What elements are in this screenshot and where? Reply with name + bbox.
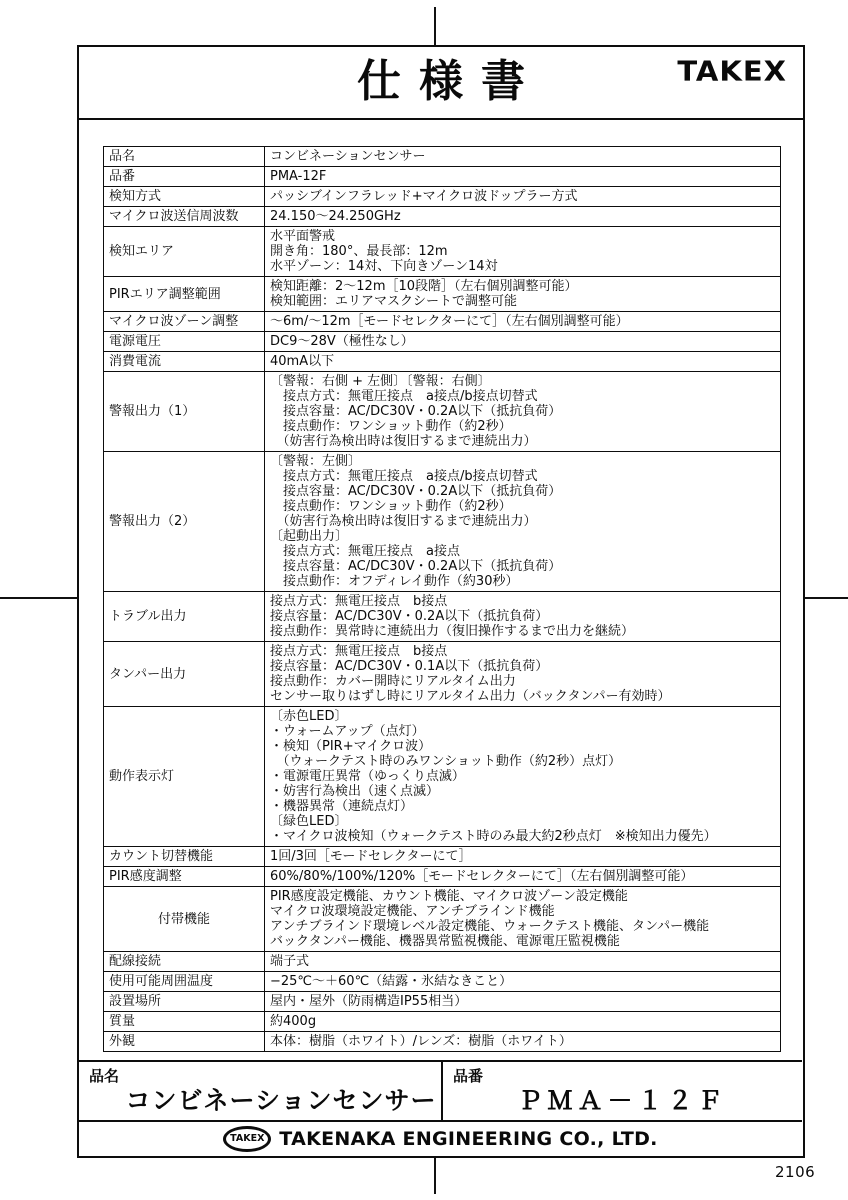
spec-value: 1回/3回［モードセレクターにて］: [265, 847, 781, 867]
spec-value: パッシブインフラレッド+マイクロ波ドップラー方式: [265, 187, 781, 207]
table-row: 質量約400g: [104, 1012, 781, 1032]
spec-label: 品番: [104, 167, 265, 187]
table-row: 電源電圧DC9～28V（極性なし）: [104, 332, 781, 352]
table-row: 警報出力（2）〔警報：左側〕 接点方式：無電圧接点 a接点/b接点切替式 接点容…: [104, 452, 781, 592]
product-number-value: ＰＭＡ－１２Ｆ: [443, 1081, 802, 1117]
table-row: PIR感度調整60%/80%/100%/120%［モードセレクターにて］（左右個…: [104, 867, 781, 887]
spec-label: トラブル出力: [104, 592, 265, 642]
spec-value: DC9～28V（極性なし）: [265, 332, 781, 352]
spec-value: ～6m/～12m［モードセレクターにて］（左右個別調整可能）: [265, 312, 781, 332]
spec-value: 60%/80%/100%/120%［モードセレクターにて］（左右個別調整可能）: [265, 867, 781, 887]
spec-value: 〔赤色LED〕 ・ウォームアップ（点灯） ・検知（PIR+マイクロ波） （ウォー…: [265, 707, 781, 847]
spec-label: マイクロ波ゾーン調整: [104, 312, 265, 332]
spec-label: 配線接続: [104, 952, 265, 972]
spec-label: 電源電圧: [104, 332, 265, 352]
spec-value: 水平面警戒 開き角：180°、最長部：12m 水平ゾーン：14対、下向きゾーン1…: [265, 227, 781, 277]
spec-value: コンビネーションセンサー: [265, 147, 781, 167]
table-row: マイクロ波ゾーン調整～6m/～12m［モードセレクターにて］（左右個別調整可能）: [104, 312, 781, 332]
table-row: 配線接続端子式: [104, 952, 781, 972]
sheet-border: 仕様書 TAKEX 品名コンビネーションセンサー品番PMA-12F検知方式パッシ…: [77, 45, 805, 1158]
spec-value: 接点方式：無電圧接点 b接点 接点容量：AC/DC30V・0.2A以下（抵抗負荷…: [265, 592, 781, 642]
spec-table: 品名コンビネーションセンサー品番PMA-12F検知方式パッシブインフラレッド+マ…: [103, 146, 781, 1052]
table-row: 検知エリア水平面警戒 開き角：180°、最長部：12m 水平ゾーン：14対、下向…: [104, 227, 781, 277]
spec-value: 端子式: [265, 952, 781, 972]
spec-label: PIRエリア調整範囲: [104, 277, 265, 312]
registration-tick-left: [0, 597, 78, 599]
table-row: カウント切替機能1回/3回［モードセレクターにて］: [104, 847, 781, 867]
spec-label: 設置場所: [104, 992, 265, 1012]
spec-value: PIR感度設定機能、カウント機能、マイクロ波ゾーン設定機能 マイクロ波環境設定機…: [265, 887, 781, 952]
spec-label: 消費電流: [104, 352, 265, 372]
spec-label: 動作表示灯: [104, 707, 265, 847]
table-row: マイクロ波送信周波数24.150～24.250GHz: [104, 207, 781, 227]
spec-label: 警報出力（1）: [104, 372, 265, 452]
table-row: 外観本体：樹脂（ホワイト）/レンズ：樹脂（ホワイト）: [104, 1032, 781, 1052]
spec-label: 外観: [104, 1032, 265, 1052]
table-row: PIRエリア調整範囲検知距離：2～12m［10段階］（左右個別調整可能） 検知範…: [104, 277, 781, 312]
table-row: 消費電流40mA以下: [104, 352, 781, 372]
table-row: タンパー出力接点方式：無電圧接点 b接点 接点容量：AC/DC30V・0.1A以…: [104, 642, 781, 707]
spec-label: 検知方式: [104, 187, 265, 207]
spec-label: 質量: [104, 1012, 265, 1032]
table-row: 設置場所屋内・屋外（防雨構造IP55相当）: [104, 992, 781, 1012]
takex-oval-logo-icon: TAKEX: [223, 1126, 271, 1152]
spec-value: 接点方式：無電圧接点 b接点 接点容量：AC/DC30V・0.1A以下（抵抗負荷…: [265, 642, 781, 707]
spec-sheet-page: 仕様書 TAKEX 品名コンビネーションセンサー品番PMA-12F検知方式パッシ…: [0, 0, 848, 1200]
spec-label: タンパー出力: [104, 642, 265, 707]
footer-band: TAKEX TAKENAKA ENGINEERING CO., LTD.: [79, 1122, 802, 1155]
product-name-value: コンビネーションセンサー: [79, 1081, 441, 1117]
spec-value: 〔警報：左側〕 接点方式：無電圧接点 a接点/b接点切替式 接点容量：AC/DC…: [265, 452, 781, 592]
registration-tick-top: [434, 7, 436, 45]
table-row: 品番PMA-12F: [104, 167, 781, 187]
table-row: 付帯機能PIR感度設定機能、カウント機能、マイクロ波ゾーン設定機能 マイクロ波環…: [104, 887, 781, 952]
spec-value: −25℃～＋60℃（結露・氷結なきこと）: [265, 972, 781, 992]
spec-label: 使用可能周囲温度: [104, 972, 265, 992]
spec-value: 40mA以下: [265, 352, 781, 372]
spec-value: 本体：樹脂（ホワイト）/レンズ：樹脂（ホワイト）: [265, 1032, 781, 1052]
spec-table-wrapper: 品名コンビネーションセンサー品番PMA-12F検知方式パッシブインフラレッド+マ…: [103, 146, 781, 1052]
spec-table-body: 品名コンビネーションセンサー品番PMA-12F検知方式パッシブインフラレッド+マ…: [104, 147, 781, 1052]
takex-logo: TAKEX: [677, 55, 787, 88]
spec-label: 検知エリア: [104, 227, 265, 277]
spec-value: 24.150～24.250GHz: [265, 207, 781, 227]
spec-value: 〔警報：右側 + 左側〕〔警報：右側〕 接点方式：無電圧接点 a接点/b接点切替…: [265, 372, 781, 452]
page-number: 2106: [775, 1163, 815, 1181]
title-block-number-cell: 品番 ＰＭＡ－１２Ｆ: [443, 1062, 802, 1120]
company-name: TAKENAKA ENGINEERING CO., LTD.: [279, 1128, 657, 1150]
spec-label: 付帯機能: [104, 887, 265, 952]
header-band: 仕様書 TAKEX: [79, 47, 803, 120]
title-block: 品名 コンビネーションセンサー 品番 ＰＭＡ－１２Ｆ: [79, 1060, 802, 1122]
spec-value: 約400g: [265, 1012, 781, 1032]
table-row: 警報出力（1）〔警報：右側 + 左側〕〔警報：右側〕 接点方式：無電圧接点 a接…: [104, 372, 781, 452]
spec-value: PMA-12F: [265, 167, 781, 187]
spec-value: 検知距離：2～12m［10段階］（左右個別調整可能） 検知範囲：エリアマスクシー…: [265, 277, 781, 312]
registration-tick-bottom: [434, 1158, 436, 1194]
spec-label: マイクロ波送信周波数: [104, 207, 265, 227]
spec-label: PIR感度調整: [104, 867, 265, 887]
title-block-name-cell: 品名 コンビネーションセンサー: [79, 1062, 443, 1120]
table-row: 品名コンビネーションセンサー: [104, 147, 781, 167]
spec-label: カウント切替機能: [104, 847, 265, 867]
registration-tick-right: [805, 597, 848, 599]
table-row: 動作表示灯〔赤色LED〕 ・ウォームアップ（点灯） ・検知（PIR+マイクロ波）…: [104, 707, 781, 847]
table-row: 使用可能周囲温度−25℃～＋60℃（結露・氷結なきこと）: [104, 972, 781, 992]
table-row: トラブル出力接点方式：無電圧接点 b接点 接点容量：AC/DC30V・0.2A以…: [104, 592, 781, 642]
spec-label: 警報出力（2）: [104, 452, 265, 592]
spec-label: 品名: [104, 147, 265, 167]
table-row: 検知方式パッシブインフラレッド+マイクロ波ドップラー方式: [104, 187, 781, 207]
spec-value: 屋内・屋外（防雨構造IP55相当）: [265, 992, 781, 1012]
